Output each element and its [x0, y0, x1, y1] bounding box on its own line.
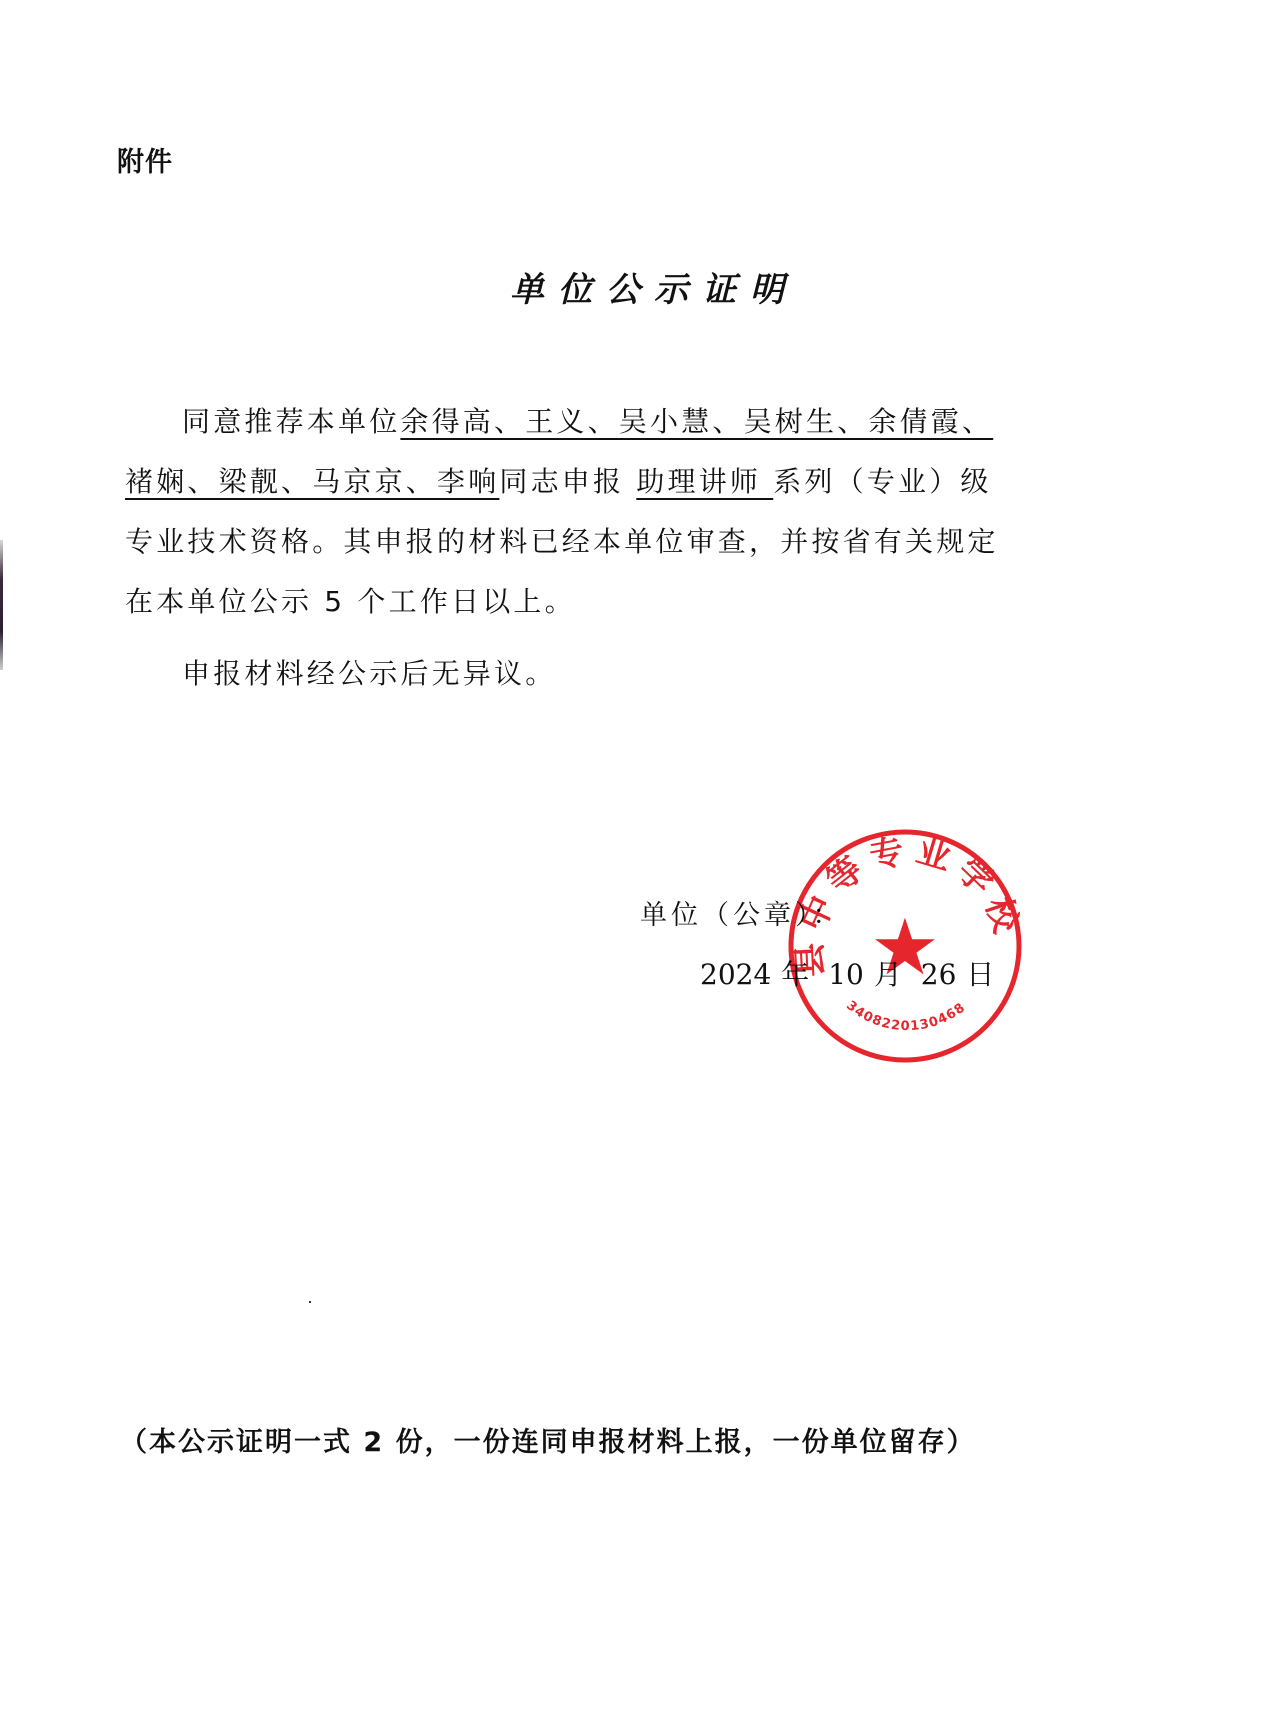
nominee-names-1: 余得高、王义、吴小慧、吴树生、余倩霞、 — [400, 405, 993, 438]
footer-note: （本公示证明一式 2 份，一份连同申报材料上报，一份单位留存） — [120, 1420, 976, 1459]
body-line-5: 申报材料经公示后无异议。 — [182, 652, 556, 692]
seal-code: 3408220130468 — [843, 998, 968, 1034]
seal-star-icon: ★ — [870, 903, 940, 993]
applied-title: 助理讲师 — [636, 465, 773, 498]
document-title: 单位公示证明 — [0, 262, 1280, 311]
nominee-names-2: 褚娴、梁靓、马京京、李响 — [125, 465, 499, 498]
scan-edge-mark — [0, 540, 3, 670]
recommend-prefix: 同意推荐本单位 — [182, 405, 400, 438]
body-line-4: 在本单位公示 5 个工作日以上。 — [125, 580, 576, 620]
series-text: 系列（专业）级 — [773, 465, 991, 498]
date-year: 2024 — [700, 958, 771, 991]
svg-text:3408220130468: 3408220130468 — [843, 998, 968, 1034]
official-seal-stamp: 县中等专业学校 ★ 3408220130468 — [785, 826, 1025, 1066]
body-line-3: 专业技术资格。其申报的材料已经本单位审查，并按省有关规定 — [125, 520, 999, 560]
apply-text: 同志申报 — [499, 465, 636, 498]
body-line-2: 褚娴、梁靓、马京京、李响同志申报 助理讲师 系列（专业）级 — [125, 460, 992, 500]
attachment-label: 附件 — [117, 140, 173, 179]
body-line-1: 同意推荐本单位余得高、王义、吴小慧、吴树生、余倩霞、 — [182, 400, 993, 440]
scan-dust-speck — [309, 1301, 311, 1303]
